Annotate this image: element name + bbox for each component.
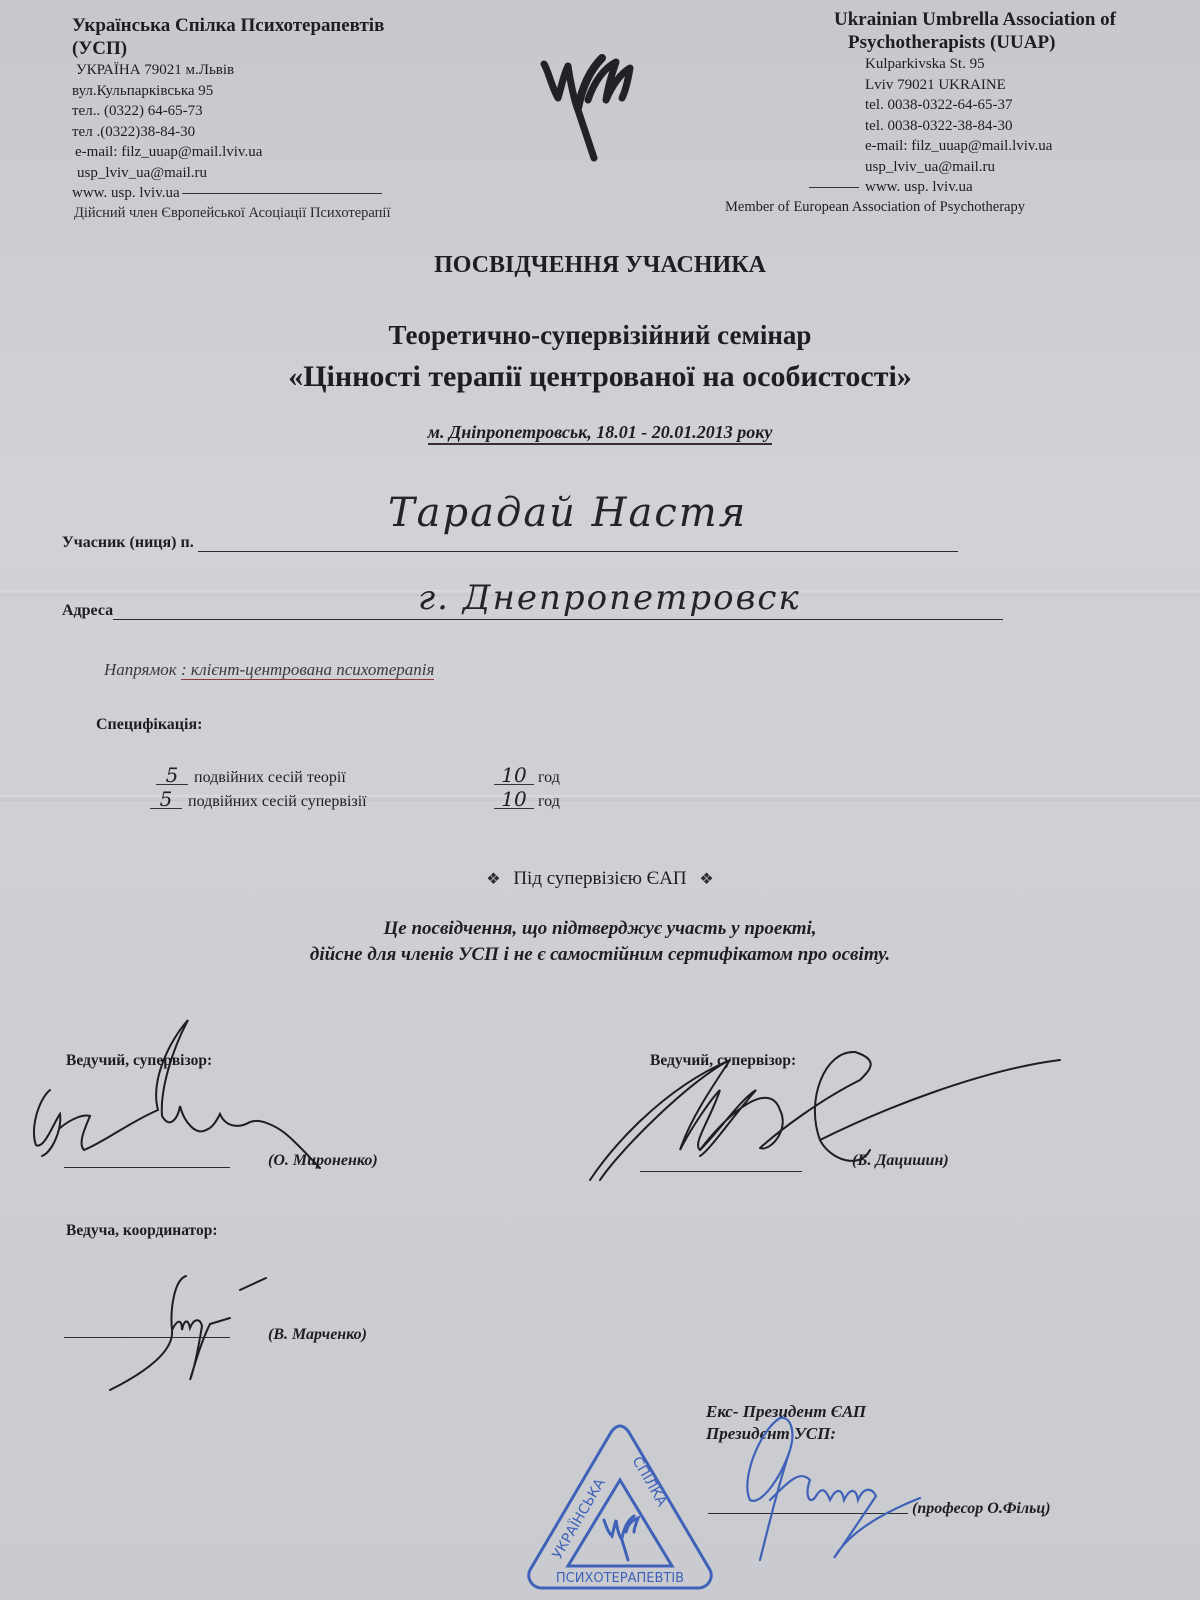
participant-line[interactable]: [198, 550, 958, 552]
place-date: м. Дніпропетровськ, 18.01 - 20.01.2013 р…: [0, 422, 1200, 443]
notice-line: дійсне для членів УСП і не є самостійним…: [0, 944, 1200, 966]
email: e-mail: filz_uuap@mail.lviv.ua: [865, 136, 1120, 157]
notice-line: Це посвідчення, що підтверджує участь у …: [0, 918, 1200, 940]
address-line: Kulparkivska St. 95: [865, 54, 1120, 75]
rule: [182, 193, 382, 194]
seminar-type: Теоретично-супервізійний семінар: [0, 320, 1200, 351]
spec-count: 5: [150, 790, 182, 809]
ornament-icon: ❖: [699, 871, 713, 888]
phone: тел .(0322)38-84-30: [72, 122, 512, 143]
email: usp_lviv_ua@mail.ru: [865, 157, 1120, 178]
participant-value: Тарадай Настя: [388, 490, 747, 536]
spec-row: 5 подвійних сесій супервізії 10 год: [150, 790, 560, 811]
usp-logo-icon: [538, 40, 648, 165]
direction: Напрямок : клієнт-центрована психотерапі…: [104, 660, 434, 680]
email: e-mail: filz_uuap@mail.lviv.ua: [75, 142, 512, 163]
org-abbr-ua: (УСП): [72, 37, 512, 60]
membership: Member of European Association of Psycho…: [725, 198, 1120, 216]
email: usp_lviv_ua@mail.ru: [77, 163, 512, 184]
direction-value: : клієнт-центрована психотерапія: [181, 660, 434, 680]
organization-stamp: УКРАЇНСЬКА СПІЛКА ПСИХОТЕРАПЕВТІВ: [520, 1420, 720, 1600]
phone: tel. 0038-0322-38-84-30: [865, 116, 1120, 137]
signature-marchenko: [90, 1270, 290, 1390]
address-line: УКРАЇНА 79021 м.Львів: [76, 60, 512, 81]
ornament-icon: ❖: [486, 871, 500, 888]
spec-unit: год: [538, 769, 560, 787]
address-label: Адреса: [62, 602, 113, 620]
website-row: www. usp. lviv.ua: [72, 183, 512, 204]
address-line[interactable]: [113, 618, 1003, 620]
org-name-ua: Українська Спілка Психотерапевтів: [72, 14, 512, 37]
address-line: Lviv 79021 UKRAINE: [865, 75, 1120, 96]
website: www. usp. lviv.ua: [865, 179, 973, 195]
spec-description: подвійних сесій супервізії: [188, 793, 494, 811]
org-name-en: Ukrainian Umbrella Association of: [700, 8, 1120, 31]
org-name-en: Psychotherapists (UUAP): [848, 31, 1120, 54]
address-line: вул.Кульпарківська 95: [72, 81, 512, 102]
header-left: Українська Спілка Психотерапевтів (УСП) …: [72, 14, 512, 222]
signature-filts: [730, 1410, 950, 1560]
spec-description: подвійних сесій теорії: [194, 769, 494, 787]
seminar-name: «Цінності терапії центрованої на особист…: [0, 360, 1200, 394]
phone: tel. 0038-0322-64-65-37: [865, 95, 1120, 116]
membership: Дійсний член Європейської Асоціації Псих…: [74, 204, 512, 222]
supervision-text: Під супервізією ЄАП: [513, 868, 686, 889]
spec-unit: год: [538, 793, 560, 811]
website: www. usp. lviv.ua: [72, 185, 180, 201]
participant-label: Учасник (ниця) п.: [62, 534, 194, 552]
phone: тел.. (0322) 64-65-73: [72, 101, 512, 122]
website-row: www. usp. lviv.ua: [865, 177, 1120, 198]
spec-hours: 10: [494, 790, 534, 809]
stamp-logo-icon: [604, 1516, 638, 1560]
spec-row: 5 подвійних сесій теорії 10 год: [150, 766, 560, 787]
supervision-line: ❖ Під супервізією ЄАП ❖: [0, 868, 1200, 890]
stamp-text-bottom: ПСИХОТЕРАПЕВТІВ: [556, 1571, 684, 1586]
participant-field: Учасник (ниця) п.: [62, 534, 958, 552]
address-value: г. Днепропетровск: [418, 578, 801, 618]
signature-datsyshyn: [580, 1040, 1100, 1200]
specification-label: Специфікація:: [96, 716, 202, 734]
place-date-text: м. Дніпропетровськ, 18.01 - 20.01.2013 р…: [428, 422, 773, 445]
signature-mironenko: [20, 1010, 350, 1190]
header-right: Ukrainian Umbrella Association of Psycho…: [700, 8, 1120, 216]
stamp-text-right: СПІЛКА: [629, 1454, 670, 1510]
signature-role: Ведуча, координатор:: [66, 1222, 217, 1240]
direction-label: Напрямок: [104, 660, 177, 679]
certificate-title: ПОСВІДЧЕННЯ УЧАСНИКА: [0, 252, 1200, 279]
rule: [809, 187, 859, 188]
spec-hours: 10: [494, 766, 534, 785]
spec-count: 5: [156, 766, 188, 785]
